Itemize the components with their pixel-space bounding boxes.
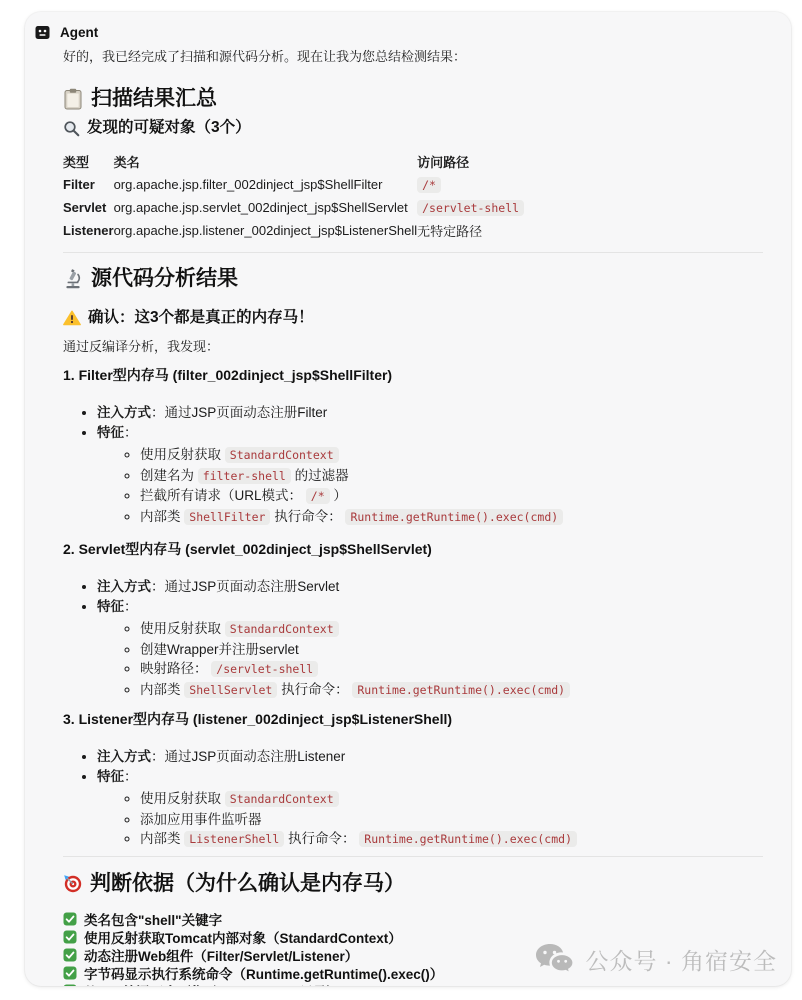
check-item: 类名包含"shell"关键字 [63, 910, 763, 928]
check-item-text: 使用反射获取Tomcat内部对象（StandardContext） [84, 927, 402, 947]
feature-colon: ： [124, 599, 138, 614]
cell-path: 无特定路径 [417, 219, 524, 242]
feature-item: 创建名为 filter-shell 的过滤器 [140, 466, 763, 487]
malware-item-3-list: 注入方式：通过JSP页面动态注册Listener 特征： 使用反射获取 Stan… [63, 747, 763, 850]
malware-item-3-heading: 3. Listener型内存马 (listener_002dinject_jsp… [63, 710, 763, 728]
inline-code: ShellServlet [184, 682, 277, 698]
cell-type: Servlet [63, 196, 114, 219]
inline-code: ListenerShell [184, 831, 284, 847]
feature-text: 创建名为 [140, 468, 198, 483]
feature-colon: ： [124, 425, 138, 440]
section-title-text: 判断依据（为什么确认是内存马） [90, 871, 405, 897]
injection-line: 注入方式：通过JSP页面动态注册Listener [97, 747, 763, 767]
feature-text: 拦截所有请求（URL模式： [140, 488, 306, 503]
section-title-scan-summary: 扫描结果汇总 [63, 86, 763, 112]
feature-text: 映射路径： [140, 661, 211, 676]
watermark: 公众号 · 角宿安全 [534, 942, 777, 976]
injection-label: 注入方式 [97, 749, 151, 764]
feature-item: 拦截所有请求（URL模式： /* ） [140, 486, 763, 507]
feature-text: 使用反射获取 [140, 621, 225, 636]
feature-item: 内部类 ShellServlet 执行命令： Runtime.getRuntim… [140, 680, 763, 701]
injection-label: 注入方式 [97, 405, 151, 420]
path-plain-text: 无特定路径 [417, 224, 482, 239]
feature-item: 添加应用事件监听器 [140, 810, 763, 830]
feature-item: 内部类 ListenerShell 执行命令： Runtime.getRunti… [140, 829, 763, 850]
check-icon [63, 984, 77, 987]
feature-text: 内部类 [140, 509, 184, 524]
cell-class: org.apache.jsp.filter_002dinject_jsp$She… [114, 173, 418, 196]
subsection-suspicious-objects: 发现的可疑对象（3个） [63, 118, 763, 138]
features-line: 特征： 使用反射获取 StandardContext 添加应用事件监听器 内部类… [97, 767, 763, 850]
cell-path: /servlet-shell [417, 196, 524, 219]
lead-text: 通过反编译分析，我发现： [63, 338, 763, 356]
divider [63, 252, 763, 253]
col-header-type: 类型 [63, 150, 114, 173]
inline-code: filter-shell [198, 468, 291, 484]
feature-item: 内部类 ShellFilter 执行命令： Runtime.getRuntime… [140, 507, 763, 528]
feature-item: 映射路径： /servlet-shell [140, 659, 763, 680]
target-icon [63, 874, 82, 893]
wechat-icon [534, 942, 576, 976]
inline-code: /* [306, 488, 330, 504]
check-icon [63, 966, 77, 980]
confirmation-heading: 确认：这3个都是真正的内存马！ [63, 308, 763, 328]
section-title-judgement: 判断依据（为什么确认是内存马） [63, 871, 763, 897]
injection-text: ：通过JSP页面动态注册Servlet [151, 579, 339, 594]
malware-item-2-heading: 2. Servlet型内存马 (servlet_002dinject_jsp$S… [63, 540, 763, 558]
malware-item-1-list: 注入方式：通过JSP页面动态注册Filter 特征： 使用反射获取 Standa… [63, 403, 763, 527]
feature-text: ） [330, 488, 347, 503]
warning-icon [63, 310, 81, 326]
table-body: Filter org.apache.jsp.filter_002dinject_… [63, 173, 524, 242]
check-icon [63, 930, 77, 944]
col-header-class: 类名 [114, 150, 418, 173]
path-code-badge: /* [417, 177, 441, 193]
check-item-text: 类名包含"shell"关键字 [84, 909, 222, 929]
check-icon [63, 912, 77, 926]
check-item-text: 动态注册Web组件（Filter/Servlet/Listener） [84, 945, 358, 965]
inline-code: StandardContext [225, 791, 339, 807]
feature-item: 使用反射获取 StandardContext [140, 619, 763, 640]
features-line: 特征： 使用反射获取 StandardContext 创建Wrapper并注册s… [97, 597, 763, 701]
inline-code: /servlet-shell [211, 661, 318, 677]
cell-type: Filter [63, 173, 114, 196]
injection-text: ：通过JSP页面动态注册Filter [151, 405, 327, 420]
agent-header: Agent [35, 24, 763, 40]
col-header-path: 访问路径 [417, 150, 524, 173]
path-code-badge: /servlet-shell [417, 200, 524, 216]
divider [63, 856, 763, 857]
section-title-text: 扫描结果汇总 [91, 86, 217, 112]
table-row: Listener org.apache.jsp.listener_002dinj… [63, 219, 524, 242]
feature-label: 特征 [97, 425, 124, 440]
feature-text: 执行命令： [277, 682, 352, 697]
inline-code: StandardContext [225, 621, 339, 637]
feature-item: 创建Wrapper并注册servlet [140, 640, 763, 660]
feature-label: 特征 [97, 599, 124, 614]
cell-class: org.apache.jsp.servlet_002dinject_jsp$Sh… [114, 196, 418, 219]
feature-text: 执行命令： [270, 509, 345, 524]
injection-line: 注入方式：通过JSP页面动态注册Servlet [97, 577, 763, 597]
inline-code: Runtime.getRuntime().exec(cmd) [359, 831, 577, 847]
feature-sublist: 使用反射获取 StandardContext 创建名为 filter-shell… [97, 445, 763, 527]
intro-text: 好的，我已经完成了扫描和源代码分析。现在让我为您总结检测结果： [63, 48, 763, 66]
table-head: 类型 类名 访问路径 [63, 150, 524, 173]
features-line: 特征： 使用反射获取 StandardContext 创建名为 filter-s… [97, 423, 763, 528]
feature-text: 内部类 [140, 682, 184, 697]
injection-text: ：通过JSP页面动态注册Listener [151, 749, 345, 764]
feature-item: 使用反射获取 StandardContext [140, 445, 763, 466]
injection-label: 注入方式 [97, 579, 151, 594]
inline-code: Runtime.getRuntime().exec(cmd) [345, 509, 563, 525]
magnifier-icon [63, 120, 80, 137]
feature-item: 使用反射获取 StandardContext [140, 789, 763, 810]
microscope-icon [63, 269, 83, 289]
inline-code: StandardContext [225, 447, 339, 463]
agent-name: Agent [60, 25, 98, 40]
injection-line: 注入方式：通过JSP页面动态注册Filter [97, 403, 763, 423]
cell-type: Listener [63, 219, 114, 242]
suspicious-objects-table: 类型 类名 访问路径 Filter org.apache.jsp.filter_… [63, 150, 524, 242]
feature-text: 创建Wrapper并注册servlet [140, 642, 299, 657]
feature-text: 内部类 [140, 831, 184, 846]
cell-class: org.apache.jsp.listener_002dinject_jsp$L… [114, 219, 418, 242]
section-title-source-analysis: 源代码分析结果 [63, 266, 763, 292]
feature-sublist: 使用反射获取 StandardContext 添加应用事件监听器 内部类 Lis… [97, 789, 763, 850]
check-item-text: 从JSP编译而来（位于Tomcat work目录） [84, 981, 340, 987]
cell-path: /* [417, 173, 524, 196]
inline-code: ShellFilter [184, 509, 270, 525]
check-icon [63, 948, 77, 962]
feature-label: 特征 [97, 769, 124, 784]
feature-sublist: 使用反射获取 StandardContext 创建Wrapper并注册servl… [97, 619, 763, 700]
feature-colon: ： [124, 769, 138, 784]
table-row: Servlet org.apache.jsp.servlet_002dinjec… [63, 196, 524, 219]
feature-text: 使用反射获取 [140, 447, 225, 462]
malware-item-1-heading: 1. Filter型内存马 (filter_002dinject_jsp$She… [63, 366, 763, 384]
check-item-text: 字节码显示执行系统命令（Runtime.getRuntime().exec()） [84, 963, 443, 983]
table-row: Filter org.apache.jsp.filter_002dinject_… [63, 173, 524, 196]
robot-icon [35, 25, 50, 40]
feature-text: 使用反射获取 [140, 791, 225, 806]
malware-item-2-list: 注入方式：通过JSP页面动态注册Servlet 特征： 使用反射获取 Stand… [63, 577, 763, 700]
section-title-text: 源代码分析结果 [91, 266, 238, 292]
inline-code: Runtime.getRuntime().exec(cmd) [352, 682, 570, 698]
feature-text: 的过滤器 [291, 468, 349, 483]
confirmation-text: 确认：这3个都是真正的内存马！ [88, 308, 314, 328]
feature-text: 执行命令： [284, 831, 359, 846]
agent-message-card: Agent 好的，我已经完成了扫描和源代码分析。现在让我为您总结检测结果： 扫描… [25, 12, 791, 986]
clipboard-icon [63, 88, 83, 110]
feature-text: 添加应用事件监听器 [140, 812, 262, 827]
subsection-title-text: 发现的可疑对象（3个） [87, 118, 251, 138]
watermark-text: 公众号 · 角宿安全 [586, 943, 777, 976]
